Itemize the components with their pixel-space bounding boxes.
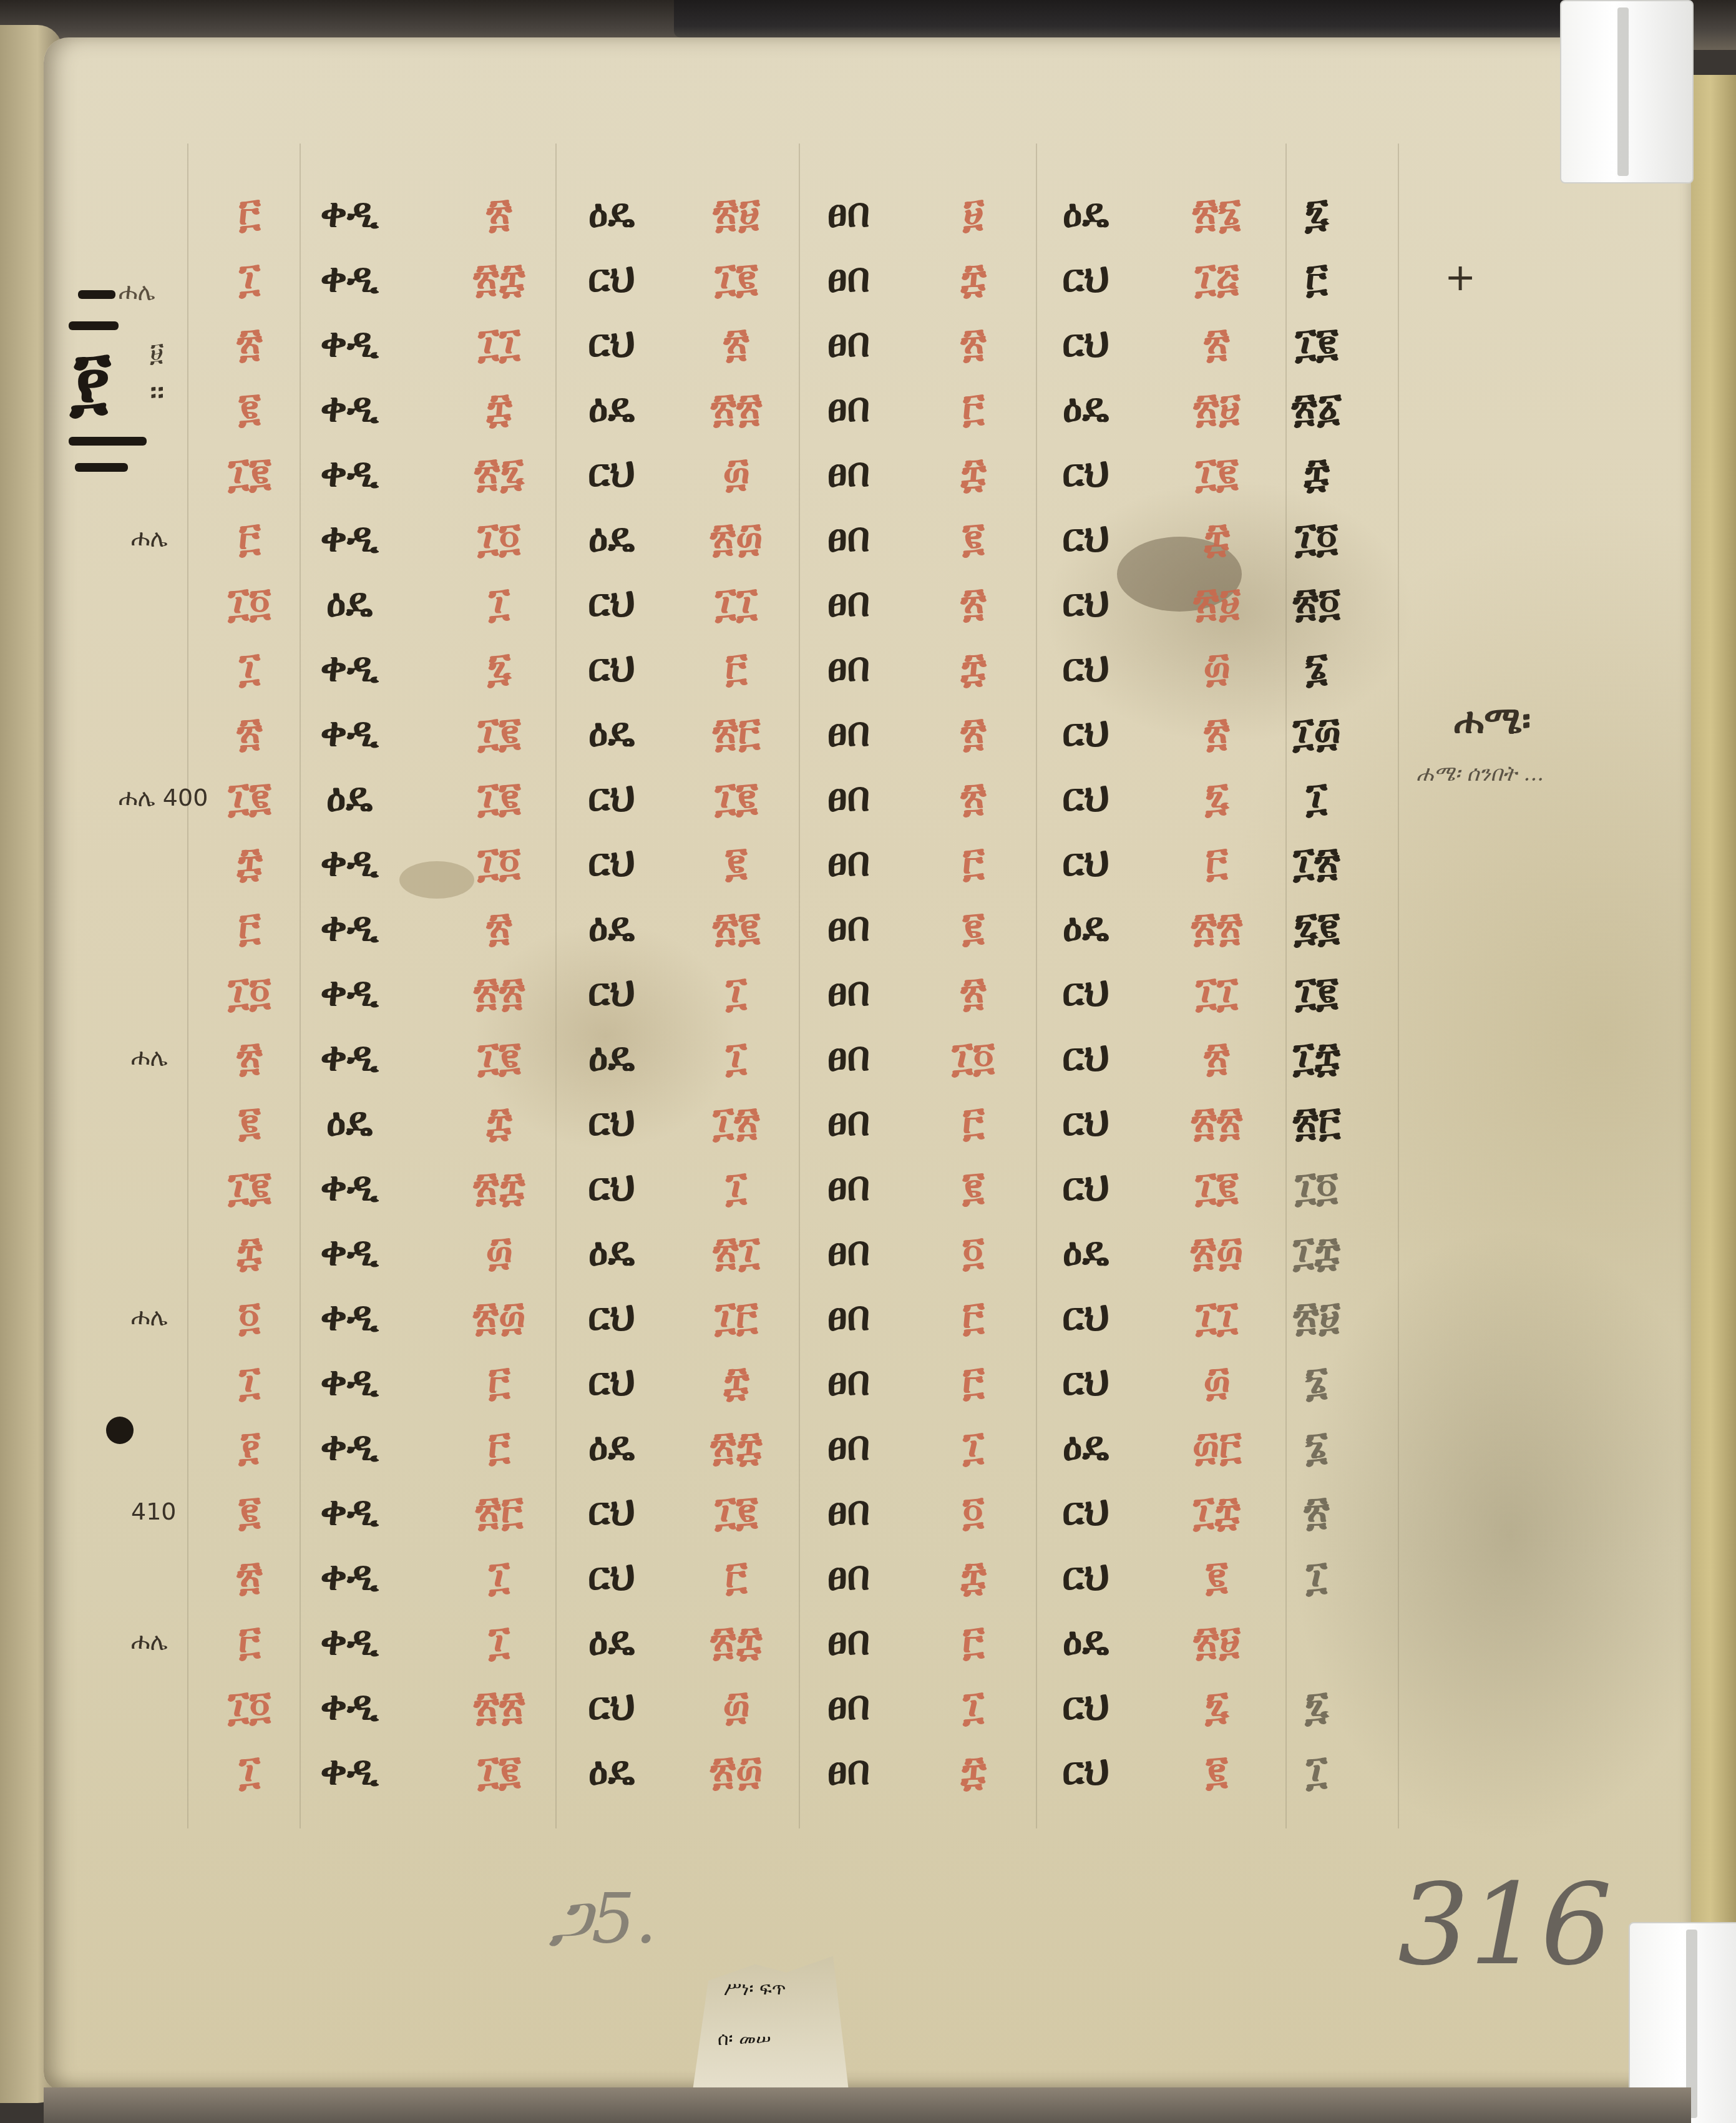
table-cell-word: ርህ xyxy=(1062,1491,1109,1531)
table-cell-word: ርህ xyxy=(588,842,635,882)
table-cell-numeral: ፰ xyxy=(723,1362,749,1402)
section-marker: ፻ xyxy=(70,337,112,424)
table-cell-numeral: ፰ xyxy=(960,1556,987,1596)
table-cell-word: ፮ xyxy=(1305,1427,1328,1467)
table-cell-numeral: ፳ xyxy=(723,323,749,363)
table-cell-word: ርህ xyxy=(1062,1686,1109,1726)
table-cell-word: ፀበ xyxy=(827,713,870,753)
table-cell-numeral: ፲ xyxy=(489,1621,510,1661)
table-cell-numeral: ፫ xyxy=(488,1362,510,1402)
table-cell-numeral: ፳ xyxy=(486,907,512,947)
table-cell-word: ፮ xyxy=(1305,1362,1328,1402)
table-cell-numeral: ፲ xyxy=(726,1037,747,1077)
ruling-line xyxy=(1398,144,1399,1828)
table-cell-word: ቀዲ xyxy=(320,972,379,1012)
table-cell-word: ቀዲ xyxy=(320,323,379,363)
table-cell-word: ርህ xyxy=(588,778,635,817)
table-cell-numeral: ፲፪ xyxy=(477,713,520,753)
table-cell-word: ፀበ xyxy=(827,648,870,688)
table-cell-word: ፲፰ xyxy=(1293,1037,1340,1077)
table-cell-numeral: ፲ xyxy=(726,1167,747,1207)
table-cell-numeral: ፪ xyxy=(238,388,260,428)
margin-note: ሐሌ xyxy=(131,1043,168,1071)
pencil-shelfmark: ጋ5. xyxy=(549,1878,657,1960)
table-cell-numeral: ፪ xyxy=(238,1491,260,1531)
table-cell-numeral: ፳ xyxy=(486,193,512,233)
table-cell-word: ርህ xyxy=(588,1686,635,1726)
table-cell-numeral: ፫ xyxy=(962,842,984,882)
table-cell-numeral: ፫ xyxy=(238,193,260,233)
table-cell-word: ዕዴ xyxy=(588,713,635,753)
table-cell-numeral: ፪ xyxy=(962,518,984,558)
table-cell-word: ዕዴ xyxy=(1063,1621,1109,1661)
table-cell-word: ፮ xyxy=(1305,648,1328,688)
table-cell-numeral: ፳ xyxy=(237,1556,262,1596)
table-cell-word: ፲፴ xyxy=(1292,713,1340,753)
table-cell-word: ፀበ xyxy=(827,907,870,947)
table-cell-numeral: ፪ xyxy=(1206,1556,1227,1596)
ink-dot xyxy=(106,1417,134,1444)
table-cell-numeral: ፲፲ xyxy=(1196,972,1238,1012)
table-cell-numeral: ፲፬ xyxy=(477,842,520,882)
table-cell-word: ፲ xyxy=(1306,1751,1327,1791)
table-cell-numeral: ፳፱ xyxy=(713,193,759,233)
ruling-line xyxy=(1036,144,1037,1828)
table-cell-word: ዕዴ xyxy=(588,1037,635,1077)
table-cell-numeral: ፯ xyxy=(487,648,512,688)
table-cell-numeral: ፳፰ xyxy=(710,1427,762,1467)
table-cell-word: ፳፩ xyxy=(1292,388,1342,428)
table-cell-numeral: ፳ xyxy=(960,323,986,363)
table-cell-word: ርህ xyxy=(1062,1362,1109,1402)
table-cell-word: ፯፪ xyxy=(1294,907,1340,947)
table-cell-word: ዕዴ xyxy=(588,193,635,233)
table-cell-word: ፲ xyxy=(1306,778,1327,817)
table-cell-word: ቀዲ xyxy=(320,1297,379,1337)
table-cell-numeral: ፲፲ xyxy=(715,583,758,623)
table-cell-word: ፲ xyxy=(1306,1556,1327,1596)
table-cell-numeral: ፰ xyxy=(960,648,987,688)
table-cell-numeral: ፯ xyxy=(1205,1686,1229,1726)
table-cell-word: ርህ xyxy=(588,972,635,1012)
table-cell-word: ፲፪ xyxy=(1295,972,1338,1012)
table-cell-word: ፯ xyxy=(1305,193,1329,233)
table-cell-numeral: ፴፫ xyxy=(1192,1427,1242,1467)
table-cell-numeral: ፯ xyxy=(1205,778,1229,817)
table-cell-numeral: ፲ xyxy=(963,1686,984,1726)
table-cell-word: ፀበ xyxy=(827,1621,870,1661)
table-cell-word: ርህ xyxy=(588,648,635,688)
table-cell-numeral: ፰ xyxy=(486,388,512,428)
ruling-line xyxy=(555,144,557,1828)
table-cell-word: ፳፬ xyxy=(1293,583,1341,623)
table-cell-word: ዕዴ xyxy=(326,583,373,623)
table-cell-numeral: ፲፫ xyxy=(714,1297,758,1337)
table-cell-numeral: ፴ xyxy=(485,1232,512,1272)
table-cell-numeral: ፫ xyxy=(725,648,747,688)
table-cell-word: ፀበ xyxy=(827,453,870,493)
table-cell-numeral: ፲ xyxy=(489,583,510,623)
table-cell-word: ዕዴ xyxy=(1063,1232,1109,1272)
table-cell-numeral: ፲ xyxy=(726,972,747,1012)
table-cell-word: ርህ xyxy=(1062,1102,1109,1142)
table-cell-numeral: ፳፳ xyxy=(1191,1102,1243,1142)
table-cell-numeral: ፳ xyxy=(960,713,986,753)
table-cell-word: ፀበ xyxy=(827,842,870,882)
table-cell-numeral: ፲፬ xyxy=(228,1686,271,1726)
table-cell-numeral: ፲፬ xyxy=(952,1037,995,1077)
table-cell-word: ርህ xyxy=(1062,583,1109,623)
table-cell-word: ፲፰ xyxy=(1293,1232,1340,1272)
table-cell-word: ፀበ xyxy=(827,972,870,1012)
table-cell-numeral: ፳ xyxy=(1204,323,1229,363)
binding-bottom xyxy=(44,2087,1691,2123)
table-cell-numeral: ፲፪ xyxy=(714,258,758,298)
table-cell-word: ርህ xyxy=(588,258,635,298)
table-cell-word: ዕዴ xyxy=(1063,1427,1109,1467)
table-cell-numeral: ፴ xyxy=(723,1686,749,1726)
table-cell-word: ርህ xyxy=(588,1556,635,1596)
table-cell-numeral: ፳፴ xyxy=(473,1297,526,1337)
table-cell-word: ቀዲ xyxy=(320,388,379,428)
table-cell-word: ርህ xyxy=(1062,1556,1109,1596)
table-cell-numeral: ፲፬ xyxy=(228,972,271,1012)
table-cell-numeral: ፳፳ xyxy=(1191,907,1243,947)
table-cell-word: ርህ xyxy=(1062,713,1109,753)
table-cell-word: ፀበ xyxy=(827,1297,870,1337)
table-cell-numeral: ፳ xyxy=(237,1037,262,1077)
table-cell-word: ፀበ xyxy=(827,778,870,817)
table-cell-numeral: ፳፰ xyxy=(710,1621,762,1661)
table-cell-numeral: ፲፳ xyxy=(713,1102,759,1142)
table-cell-numeral: ፳፰ xyxy=(473,258,525,298)
table-cell-word: ቀዲ xyxy=(320,1427,379,1467)
table-cell-word: ርህ xyxy=(588,1362,635,1402)
table-cell-word: ፳፫ xyxy=(1293,1102,1341,1142)
table-cell-numeral: ፳ xyxy=(960,583,986,623)
table-cell-word: ዕዴ xyxy=(588,1427,635,1467)
table-cell-word: ርህ xyxy=(588,1491,635,1531)
table-cell-word: ፲፳ xyxy=(1293,842,1340,882)
margin-note: ሐሌ xyxy=(131,1303,168,1331)
table-cell-numeral: ፳ xyxy=(960,778,986,817)
table-cell-word: ርህ xyxy=(1062,1297,1109,1337)
table-cell-numeral: ፰ xyxy=(960,1751,987,1791)
table-cell-numeral: ፲ xyxy=(239,648,260,688)
table-cell-numeral: ፳፴ xyxy=(710,1751,763,1791)
table-cell-numeral: ፲፬ xyxy=(228,583,271,623)
table-cell-word: ፀበ xyxy=(827,518,870,558)
right-margin-note: ሐሜ፡ xyxy=(1454,699,1531,743)
table-cell-numeral: ፬ xyxy=(238,1297,260,1337)
table-cell-numeral: ፫ xyxy=(962,1362,984,1402)
table-cell-word: ፀበ xyxy=(827,1556,870,1596)
table-cell-numeral: ፳ xyxy=(237,323,262,363)
table-cell-word: ቀዲ xyxy=(320,1621,379,1661)
table-cell-numeral: ፲፪ xyxy=(1195,1167,1238,1207)
table-cell-word: ፀበ xyxy=(827,1686,870,1726)
ruling-line xyxy=(799,144,800,1828)
table-cell-numeral: ፫ xyxy=(962,388,984,428)
table-cell-word: ርህ xyxy=(1062,323,1109,363)
table-cell-word: ርህ xyxy=(1062,842,1109,882)
table-cell-word: ዕዴ xyxy=(1063,193,1109,233)
table-cell-word: ርህ xyxy=(1062,1751,1109,1791)
table-cell-numeral: ፫ xyxy=(962,1102,984,1142)
table-cell-numeral: ፳፲ xyxy=(713,1232,759,1272)
table-cell-numeral: ፪ xyxy=(962,1167,984,1207)
table-cell-numeral: ፴ xyxy=(723,453,749,493)
table-cell-numeral: ፲፬ xyxy=(477,518,520,558)
table-cell-numeral: ፲፪ xyxy=(714,1491,758,1531)
table-cell-word: ርህ xyxy=(588,453,635,493)
table-cell-word: ርህ xyxy=(588,323,635,363)
table-cell-word: ቀዲ xyxy=(320,1362,379,1402)
table-cell-word: ዕዴ xyxy=(588,1621,635,1661)
table-cell-word: ፀበ xyxy=(827,258,870,298)
table-cell-numeral: ፰ xyxy=(237,1232,263,1272)
numeral-bar xyxy=(75,463,128,472)
ruling-line xyxy=(187,144,188,1828)
table-cell-numeral: ፲፪ xyxy=(1195,453,1238,493)
table-cell-word: ርህ xyxy=(588,1297,635,1337)
table-cell-numeral: ፳፪ xyxy=(713,907,760,947)
table-cell-numeral: ፳፴ xyxy=(1191,1232,1244,1272)
table-cell-numeral: ፫ xyxy=(725,1556,747,1596)
page-block-edge xyxy=(1685,75,1736,2084)
fragment-line-1: ሥነ፡ ፍጥ xyxy=(724,1978,786,2000)
table-cell-numeral: ፳ xyxy=(237,713,262,753)
table-cell-word: ፀበ xyxy=(827,323,870,363)
table-cell-word: ፀበ xyxy=(827,193,870,233)
table-cell-numeral: ፫ xyxy=(238,907,260,947)
stain xyxy=(399,861,474,899)
table-cell-numeral: ፪ xyxy=(962,907,984,947)
table-cell-numeral: ፰ xyxy=(237,842,263,882)
table-cell-word: ፲፬ xyxy=(1295,1167,1338,1207)
table-cell-numeral: ፫ xyxy=(238,1621,260,1661)
table-cell-word: ፲፬ xyxy=(1295,518,1338,558)
table-cell-word: ፫ xyxy=(1305,258,1327,298)
table-cell-numeral: ፰ xyxy=(1204,518,1230,558)
table-cell-word: ፀበ xyxy=(827,1751,870,1791)
table-cell-numeral: ፳ xyxy=(1204,1037,1229,1077)
table-cell-word: ዕዴ xyxy=(588,1751,635,1791)
table-cell-numeral: ፫ xyxy=(962,1621,984,1661)
table-cell-word: ፀበ xyxy=(827,388,870,428)
table-cell-word: ርህ xyxy=(1062,1167,1109,1207)
table-cell-numeral: ፲፲ xyxy=(478,323,520,363)
table-cell-numeral: ፬ xyxy=(962,1232,984,1272)
table-cell-word: ዕዴ xyxy=(588,388,635,428)
margin-note: ሐሌ xyxy=(131,524,168,552)
table-cell-numeral: ፳፰ xyxy=(473,1167,525,1207)
numeral-bar xyxy=(69,437,147,446)
table-cell-numeral: ፳፫ xyxy=(475,1491,524,1531)
table-cell-word: ቀዲ xyxy=(320,1491,379,1531)
cross-mark: + xyxy=(1445,256,1476,300)
table-cell-numeral: ፳፳ xyxy=(474,972,525,1012)
table-cell-word: ርህ xyxy=(1062,518,1109,558)
table-cell-word: ፀበ xyxy=(827,1037,870,1077)
table-cell-word: ርህ xyxy=(588,1167,635,1207)
margin-note: 410 xyxy=(131,1498,177,1525)
numeral-bar xyxy=(69,321,119,330)
table-cell-numeral: ፬ xyxy=(962,1491,984,1531)
section-marker-red: ፱ xyxy=(150,337,163,368)
table-cell-word: ዕዴ xyxy=(588,907,635,947)
ruling-line xyxy=(300,144,301,1828)
table-cell-numeral: ፲፲ xyxy=(1196,1297,1238,1337)
table-cell-numeral: ፳፱ xyxy=(1193,388,1240,428)
table-cell-word: ፲፪ xyxy=(1295,323,1338,363)
table-cell-word: ፳ xyxy=(1304,1491,1329,1531)
table-cell-word: ቀዲ xyxy=(320,518,379,558)
table-cell-numeral: ፲፰ xyxy=(1193,1491,1241,1531)
table-cell-word: ዕዴ xyxy=(1063,388,1109,428)
table-cell-word: ፳፱ xyxy=(1293,1297,1340,1337)
table-cell-word: ቀዲ xyxy=(320,1232,379,1272)
binding-leather-strap xyxy=(674,0,1585,37)
table-cell-word: ርህ xyxy=(1062,258,1109,298)
table-cell-numeral: ፳፱ xyxy=(1193,583,1240,623)
table-cell-word: ቀዲ xyxy=(320,842,379,882)
table-cell-word: ፯ xyxy=(1305,1686,1329,1726)
table-cell-numeral: ፲ xyxy=(239,1751,260,1791)
table-cell-numeral: ፫ xyxy=(488,1427,510,1467)
table-cell-word: ቀዲ xyxy=(320,907,379,947)
table-cell-numeral: ፫ xyxy=(238,518,260,558)
table-cell-word: ፀበ xyxy=(827,1102,870,1142)
table-cell-word: ቀዲ xyxy=(320,648,379,688)
table-cell-word: ርህ xyxy=(1062,1037,1109,1077)
clip-top-right xyxy=(1560,0,1694,183)
table-cell-word: ዕዴ xyxy=(326,1102,373,1142)
table-cell-word: ቀዲ xyxy=(320,713,379,753)
table-cell-numeral: ፫ xyxy=(962,1297,984,1337)
table-cell-numeral: ፳፯ xyxy=(474,453,524,493)
table-cell-word: ዕዴ xyxy=(326,778,373,817)
table-cell-word: ርህ xyxy=(588,583,635,623)
table-cell-numeral: ፳፳ xyxy=(711,388,763,428)
table-cell-word: ፀበ xyxy=(827,583,870,623)
fragment-line-2: ሰ፡ መሠ xyxy=(718,2028,771,2050)
table-cell-word: ርህ xyxy=(1062,778,1109,817)
table-cell-word: ፀበ xyxy=(827,1362,870,1402)
table-cell-word: ቀዲ xyxy=(320,1167,379,1207)
table-cell-numeral: ፰ xyxy=(486,1102,512,1142)
table-cell-numeral: ፲ xyxy=(239,258,260,298)
table-cell-numeral: ፳፮ xyxy=(1192,193,1242,233)
section-marker-small: ሐሌ xyxy=(119,278,155,306)
table-cell-numeral: ፫ xyxy=(1206,842,1227,882)
table-cell-numeral: ፳ xyxy=(960,972,986,1012)
table-cell-numeral: ፪ xyxy=(238,1102,260,1142)
table-cell-word: ቀዲ xyxy=(320,193,379,233)
table-cell-word: ፰ xyxy=(1304,453,1330,493)
table-cell-word: ፀበ xyxy=(827,1491,870,1531)
table-cell-numeral: ፲ xyxy=(489,1556,510,1596)
table-cell-numeral: ፲፪ xyxy=(228,778,271,817)
table-cell-numeral: ፲፪ xyxy=(228,453,271,493)
table-cell-numeral: ፳፴ xyxy=(710,518,763,558)
table-cell-word: ፀበ xyxy=(827,1167,870,1207)
table-cell-numeral: ፳፱ xyxy=(1193,1621,1240,1661)
table-cell-numeral: ፳፫ xyxy=(713,713,761,753)
table-cell-numeral: ፳ xyxy=(1204,713,1229,753)
table-cell-numeral: ፲፪ xyxy=(477,1037,520,1077)
table-cell-word: ዕዴ xyxy=(588,518,635,558)
ruling-line xyxy=(1285,144,1287,1828)
table-cell-numeral: ፲፪ xyxy=(477,778,520,817)
table-cell-numeral: ፲ xyxy=(239,1362,260,1402)
table-cell-numeral: ፰ xyxy=(960,258,987,298)
table-cell-word: ዕዴ xyxy=(588,1232,635,1272)
table-cell-word: ርህ xyxy=(588,1102,635,1142)
table-cell-word: ፀበ xyxy=(827,1232,870,1272)
table-cell-numeral: ፱ xyxy=(963,193,984,233)
table-cell-numeral: ፴ xyxy=(1203,1362,1230,1402)
table-cell-word: ርህ xyxy=(1062,648,1109,688)
table-cell-numeral: ፳፳ xyxy=(474,1686,525,1726)
right-margin-cursive-note: ሐሜ፡ ሰንበት ... xyxy=(1417,761,1544,786)
table-cell-numeral: ፲፪ xyxy=(714,778,758,817)
table-cell-numeral: ፻ xyxy=(238,1427,261,1467)
table-cell-word: ርህ xyxy=(1062,972,1109,1012)
table-cell-word: ቀዲ xyxy=(320,1556,379,1596)
table-cell-numeral: ፲ xyxy=(963,1427,984,1467)
margin-note: ሐሌ 400 xyxy=(119,784,208,812)
folio-number: 316 xyxy=(1398,1860,1612,1990)
table-cell-numeral: ፲፪ xyxy=(477,1751,520,1791)
table-cell-word: ቀዲ xyxy=(320,1686,379,1726)
table-cell-numeral: ፲፭ xyxy=(1195,258,1239,298)
section-marker-suffix: ፡፡ xyxy=(150,374,165,411)
table-cell-word: ቀዲ xyxy=(320,1751,379,1791)
table-cell-numeral: ፲፪ xyxy=(228,1167,271,1207)
table-cell-numeral: ፰ xyxy=(960,453,987,493)
margin-note: ሐሌ xyxy=(131,1628,168,1656)
table-cell-numeral: ፴ xyxy=(1203,648,1230,688)
table-cell-word: ቀዲ xyxy=(320,258,379,298)
table-cell-word: ፀበ xyxy=(827,1427,870,1467)
numeral-bar xyxy=(78,290,115,299)
table-cell-word: ቀዲ xyxy=(320,1037,379,1077)
table-cell-word: ርህ xyxy=(1062,453,1109,493)
table-cell-word: ቀዲ xyxy=(320,453,379,493)
table-cell-numeral: ፪ xyxy=(725,842,747,882)
table-cell-numeral: ፪ xyxy=(1206,1751,1227,1791)
table-cell-word: ዕዴ xyxy=(1063,907,1109,947)
